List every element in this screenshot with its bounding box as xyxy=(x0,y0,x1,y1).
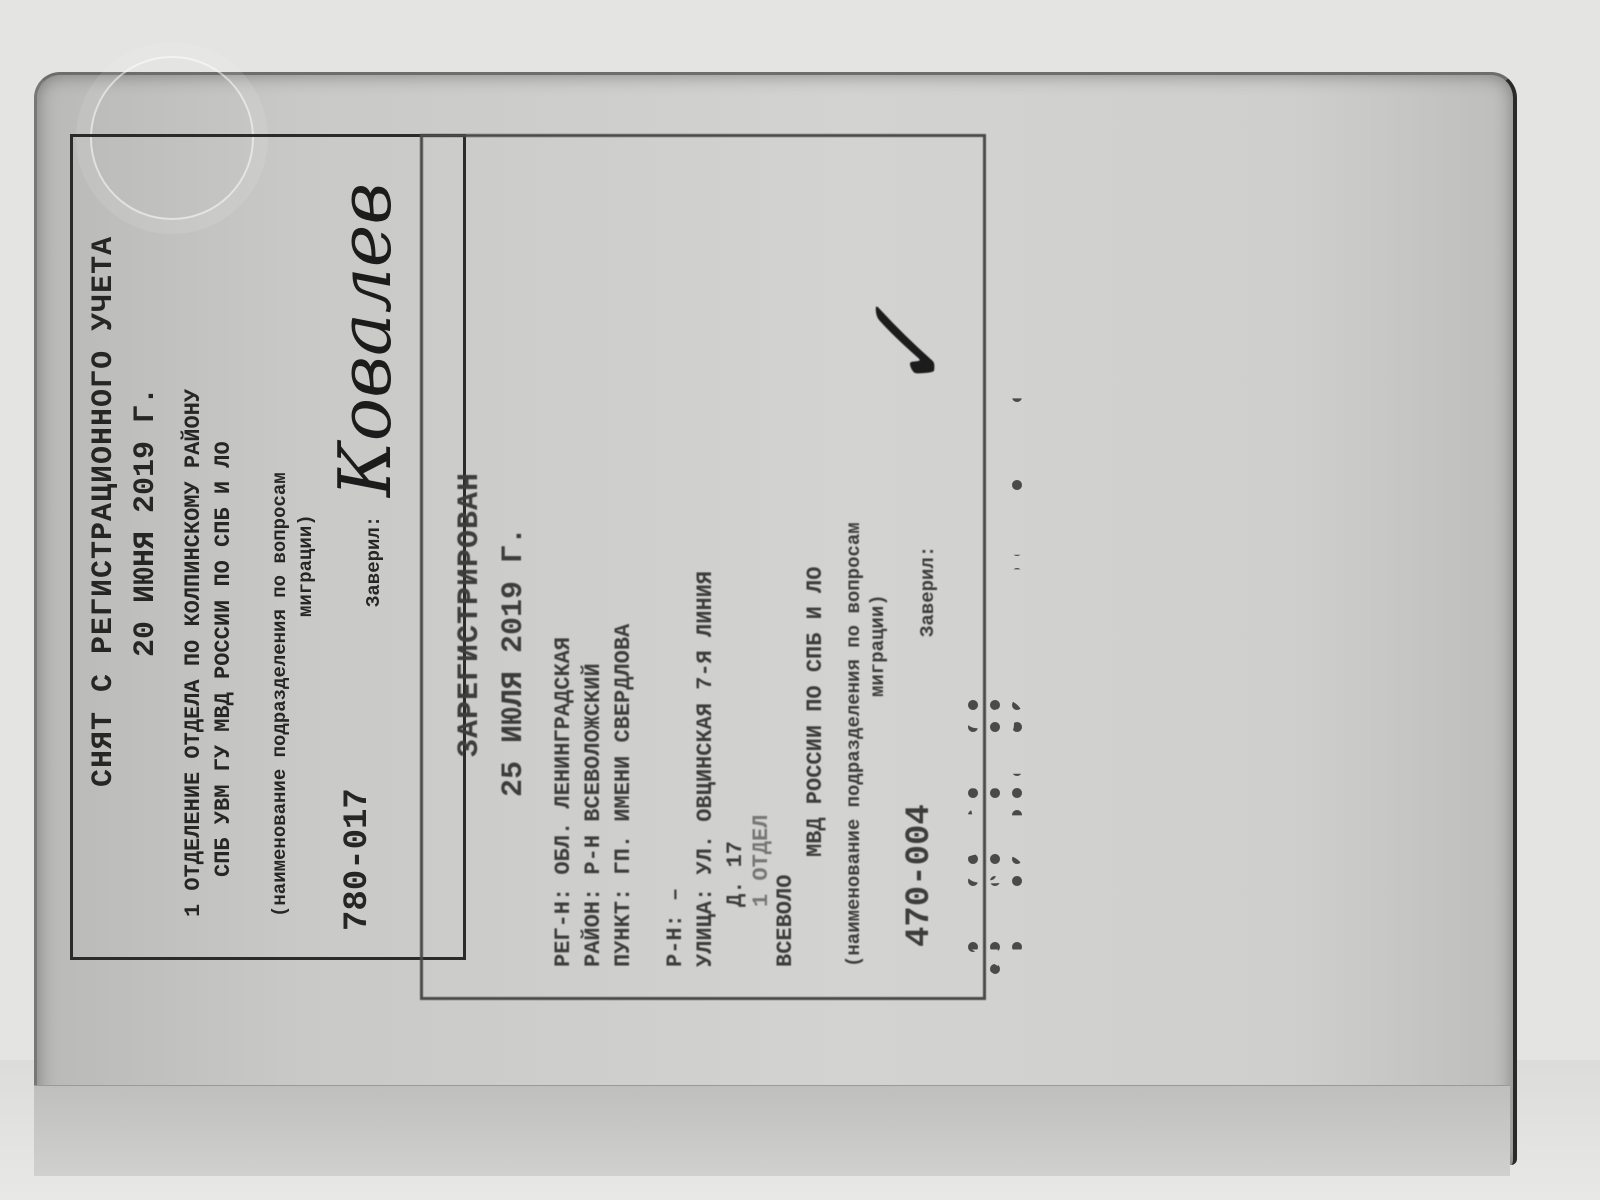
certified-label: Заверил: xyxy=(917,546,939,637)
street-value: УЛ. ОВЦИНСКАЯ 7-Я ЛИНИЯ xyxy=(693,571,718,875)
authority-line-1: 1 ОТДЕЛ xyxy=(749,815,774,907)
locality-label: Пункт: xyxy=(611,888,636,967)
region-label: Рег-н: xyxy=(551,888,576,967)
stamp-code: 780-017 xyxy=(339,788,377,931)
subdistrict-value: – xyxy=(663,888,688,901)
locality-value: ГП. ИМЕНИ СВЕРДЛОВА xyxy=(611,624,636,875)
deregistration-stamp: СНЯТ С РЕГИСТРАЦИОННОГО УЧЕТА 20 июня 20… xyxy=(70,134,466,960)
stamp-code: 470-004 xyxy=(901,804,939,947)
house-value: Д. 17 xyxy=(723,841,748,907)
caption-line-1: (наименование подразделения по вопросам xyxy=(843,522,865,967)
authority-line-3: МВД РОССИИ ПО СПБ И ЛО xyxy=(803,567,828,857)
authority-line-2: ВСЕВОЛО xyxy=(773,875,798,967)
street-label: Улица: xyxy=(693,888,718,967)
caption-line-2: миграции) xyxy=(867,594,889,697)
authority-line-1: 1 ОТДЕЛЕНИЕ ОТДЕЛА ПО КОЛПИНСКОМУ РАЙОНУ xyxy=(181,389,206,917)
stamp-title: СНЯТ С РЕГИСТРАЦИОННОГО УЧЕТА xyxy=(87,236,121,787)
stamp-title: ЗАРЕГИСТРИРОВАН xyxy=(453,472,487,757)
caption-line-2: миграции) xyxy=(295,514,317,617)
stamp-date: 20 июня 2019 г. xyxy=(129,387,163,657)
page-edge-strip xyxy=(34,1085,1510,1176)
certified-label: Заверил: xyxy=(363,516,385,607)
signature: ✓ xyxy=(843,305,971,397)
district-value: Р-Н ВСЕВОЛОЖСКИЙ xyxy=(581,663,606,874)
rotated-page-content: 4019 ... СНЯТ С РЕГИСТРАЦИОННОГО УЧЕТА 2… xyxy=(40,140,1460,1040)
region-value: ОБЛ. ЛЕНИНГРАДСКАЯ xyxy=(551,637,576,875)
subdistrict-label: Р-н: xyxy=(663,914,688,967)
stamp-date: 25 июля 2019 г. xyxy=(497,527,531,797)
registration-stamp: ЗАРЕГИСТРИРОВАН 25 июля 2019 г. Рег-н: О… xyxy=(420,134,986,1000)
signature: Ковалев xyxy=(323,183,407,497)
district-label: Район: xyxy=(581,888,606,967)
authority-line-2: СПБ УВМ ГУ МВД РОССИИ ПО СПБ И ЛО xyxy=(211,441,236,877)
caption-line-1: (наименование подразделения по вопросам xyxy=(269,472,291,917)
